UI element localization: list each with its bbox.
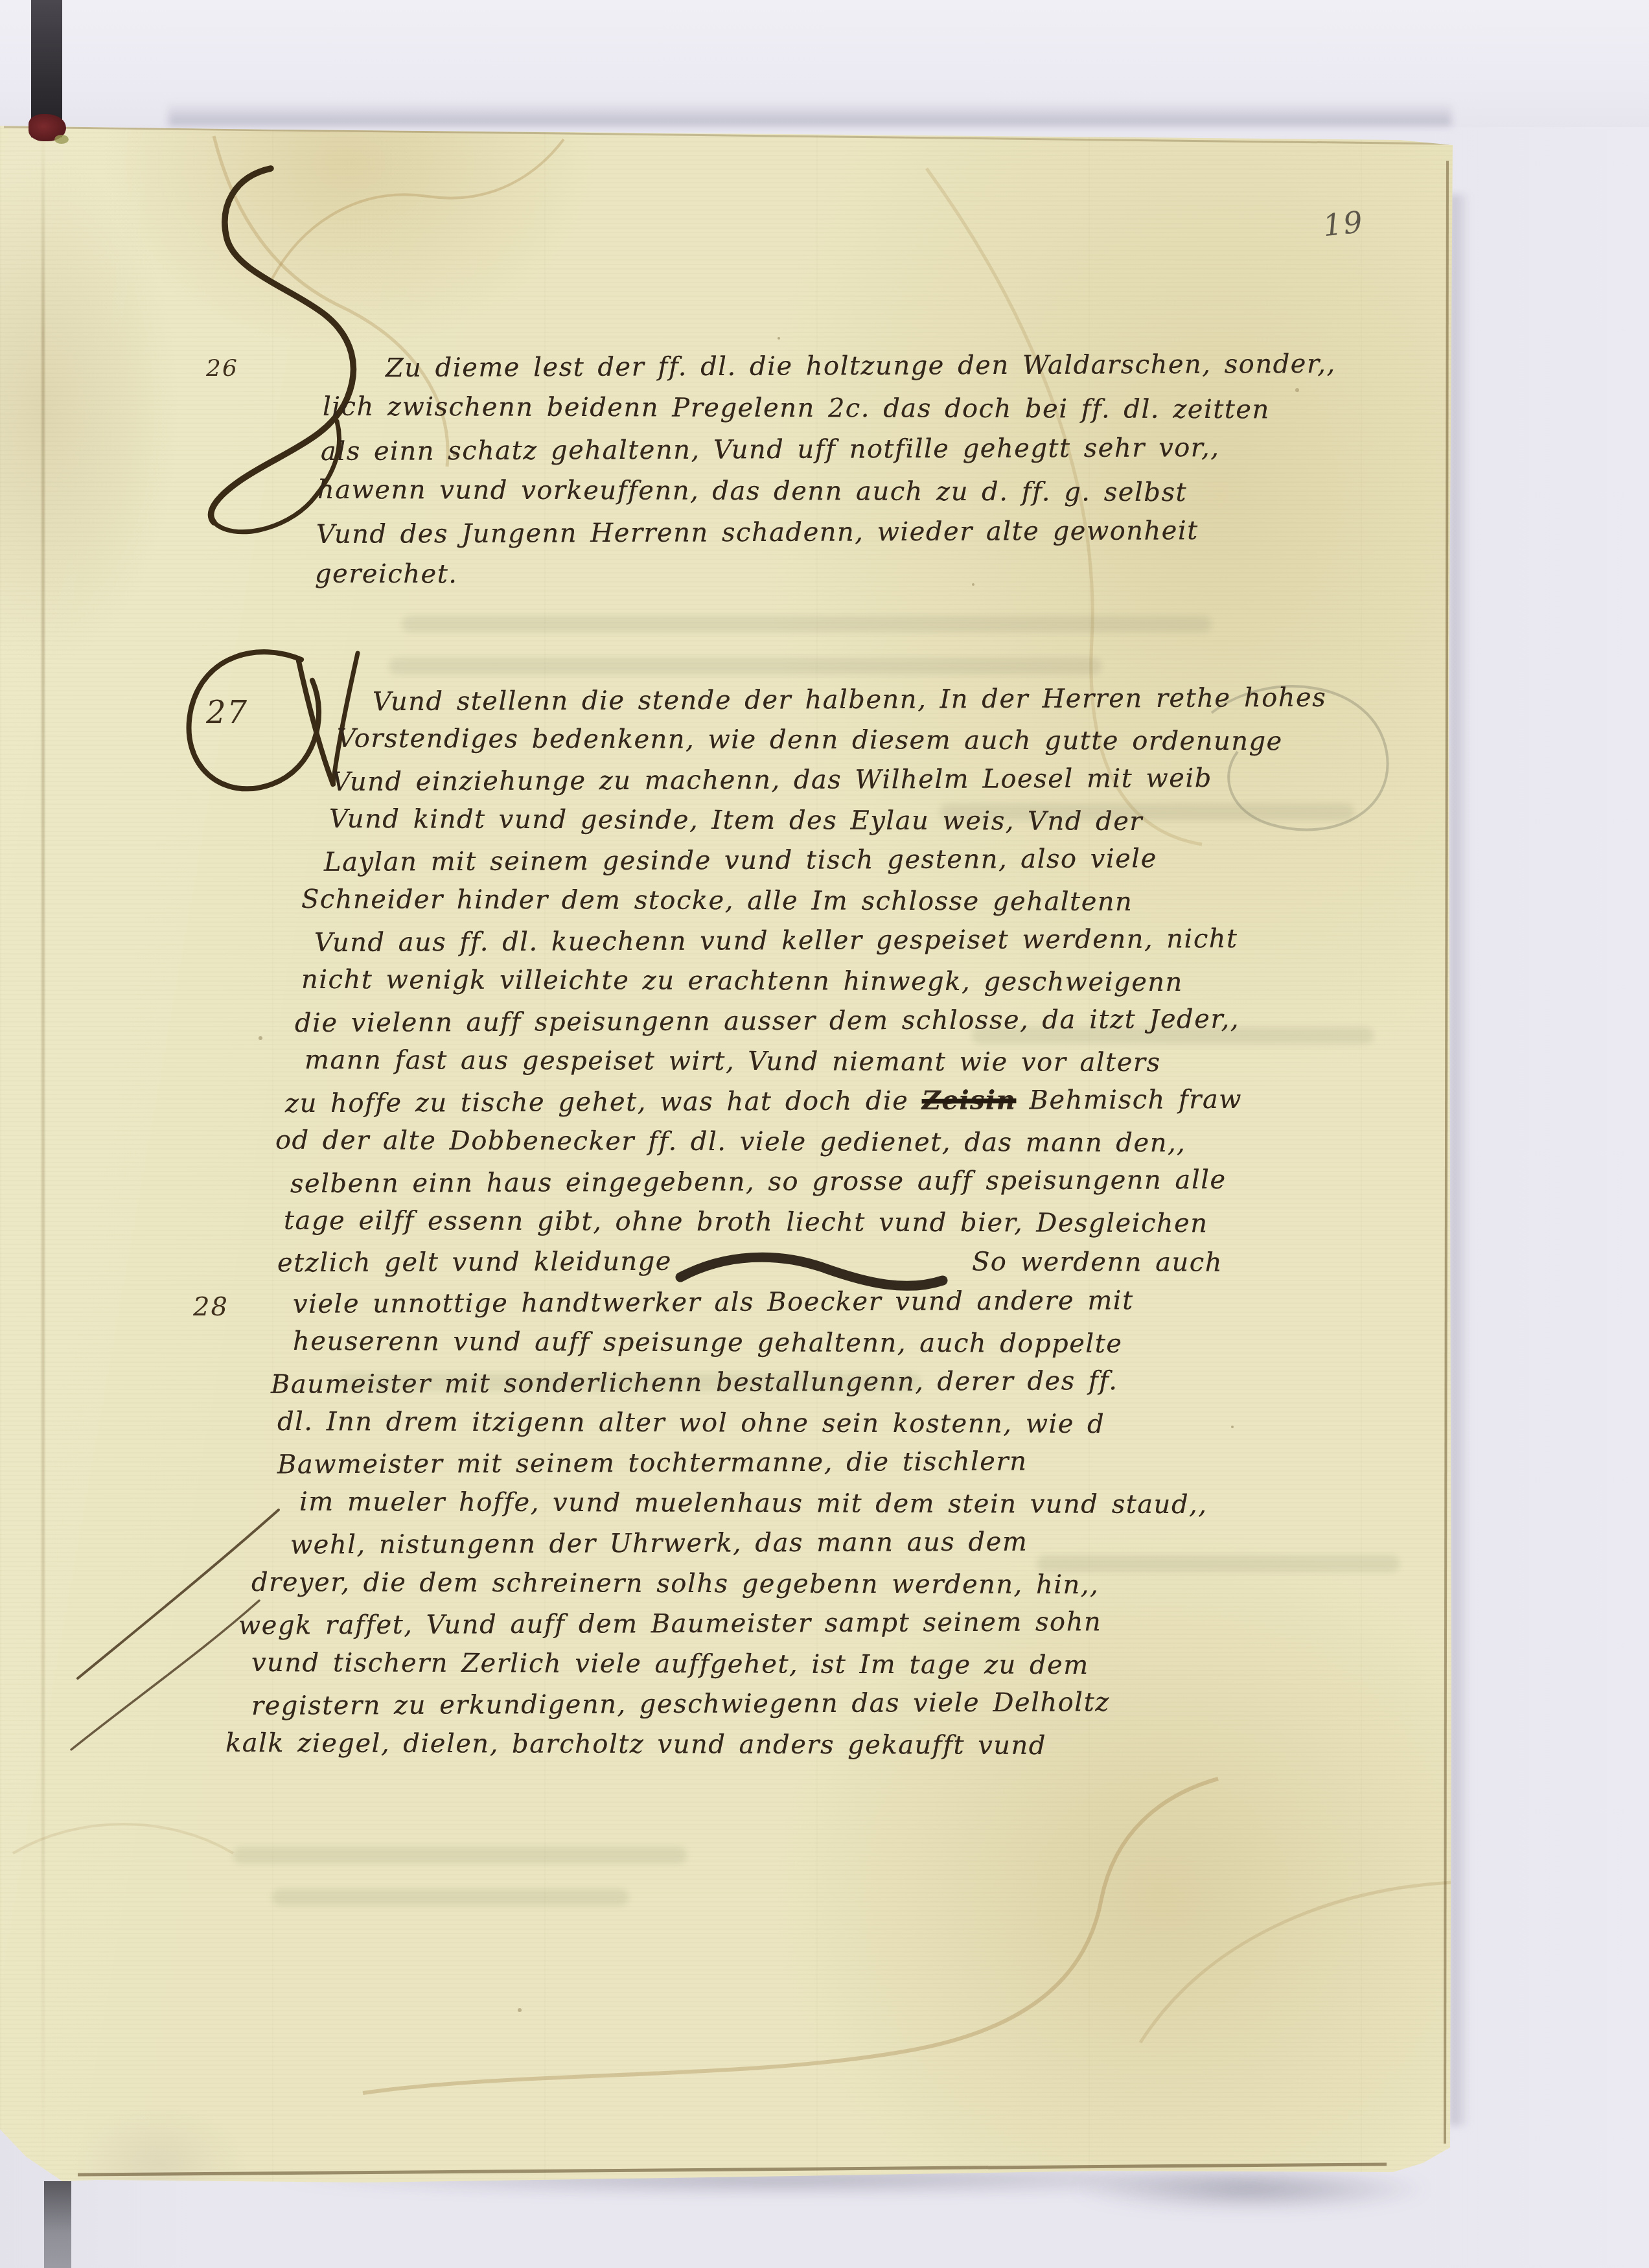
text-line: vund tischern Zerlich viele auffgehet, i… — [251, 1650, 1089, 1678]
text-line: mann fast aus gespeiset wirt, Vund niema… — [305, 1047, 1161, 1076]
manuscript-page: 19 26 27 28 Zu dieme lest der ff. dl. di… — [0, 122, 1453, 2184]
text-line: Zu dieme lest der ff. dl. die holtzunge … — [386, 351, 1336, 381]
text-line: Vund kindt vund gesinde, Item des Eylau … — [329, 806, 1143, 835]
manuscript-scan: 19 26 27 28 Zu dieme lest der ff. dl. di… — [0, 0, 1649, 2268]
folio-number: 19 — [1321, 204, 1365, 243]
text-line: So werdenn auch — [972, 1249, 1223, 1275]
text-line: Vund stellenn die stende der halbenn, In… — [373, 685, 1326, 715]
text-line: Vund aus ff. dl. kuechenn vund keller ge… — [314, 926, 1238, 956]
binding-thread-fleck — [54, 135, 69, 144]
text-line: viele unnottige handtwerker als Boecker … — [293, 1288, 1134, 1317]
text-line: registern zu erkundigenn, geschwiegenn d… — [251, 1689, 1110, 1719]
text-line-with-strikethrough: zu hoffe zu tische gehet, was hat doch d… — [285, 1087, 1242, 1117]
text-line: od der alte Dobbenecker ff. dl. viele ge… — [275, 1128, 1186, 1156]
text-line: selbenn einn haus eingegebenn, so grosse… — [290, 1167, 1227, 1197]
struck-word: Zeisin — [922, 1085, 1017, 1116]
text-line: hawenn vund vorkeuffenn, das denn auch z… — [317, 477, 1187, 505]
text-line: heuserenn vund auff speisunge gehaltenn,… — [293, 1328, 1123, 1357]
text-line: Vund einziehunge zu machenn, das Wilhelm… — [332, 765, 1212, 795]
text-line: Laylan mit seinem gesinde vund tisch ges… — [324, 846, 1157, 875]
text-line: im mueler hoffe, vund muelenhaus mit dem… — [299, 1489, 1208, 1518]
text-segment: zu hoffe zu tische gehet, was hat doch d… — [285, 1086, 922, 1118]
page-bottom-corner-shadow — [1011, 2167, 1490, 2223]
text-line: etzlich gelt vund kleidunge — [277, 1249, 672, 1277]
text-line: als einn schatz gehaltenn, Vund uff notf… — [321, 435, 1220, 465]
text-line: gereichet. — [315, 561, 458, 588]
backing-sheet-top — [0, 0, 1649, 127]
text-line: lich zwischenn beidenn Pregelenn 2c. das… — [323, 394, 1270, 423]
bottom-spine-strip — [44, 2181, 71, 2268]
text-line: Schneider hinder dem stocke, alle Im sch… — [301, 886, 1133, 915]
text-line: tage eilff essenn gibt, ohne broth liech… — [284, 1208, 1208, 1236]
text-line: die vielenn auff speisungenn ausser dem … — [295, 1006, 1240, 1036]
show-through-band — [233, 1847, 687, 1864]
text-line: Bawmeister mit seinem tochtermanne, die … — [277, 1448, 1028, 1477]
text-line: kalk ziegel, dielen, barcholtz vund ande… — [225, 1730, 1046, 1759]
show-through-band — [389, 658, 1101, 675]
text-line: wehl, nistungenn der Uhrwerk, das mann a… — [290, 1529, 1028, 1558]
margin-number-28: 28 — [193, 1292, 229, 1322]
show-through-band — [272, 1889, 628, 1906]
show-through-band — [402, 616, 1212, 632]
text-line: nicht wenigk villeichte zu erachtenn hin… — [301, 967, 1183, 995]
page-right-shadow — [1450, 194, 1470, 2125]
text-line: Vund des Jungenn Herrenn schadenn, wiede… — [316, 518, 1199, 548]
text-line: Baumeister mit sonderlichenn bestallunge… — [271, 1368, 1118, 1398]
text-line: wegk raffet, Vund auff dem Baumeister sa… — [238, 1609, 1101, 1639]
text-line: Vorstendiges bedenkenn, wie denn diesem … — [337, 726, 1283, 755]
text-segment: Behmisch fraw — [1016, 1085, 1242, 1116]
text-line: dl. Inn drem itzigenn alter wol ohne sei… — [277, 1409, 1105, 1437]
text-line: dreyer, die dem schreinern solhs gegeben… — [251, 1569, 1099, 1598]
